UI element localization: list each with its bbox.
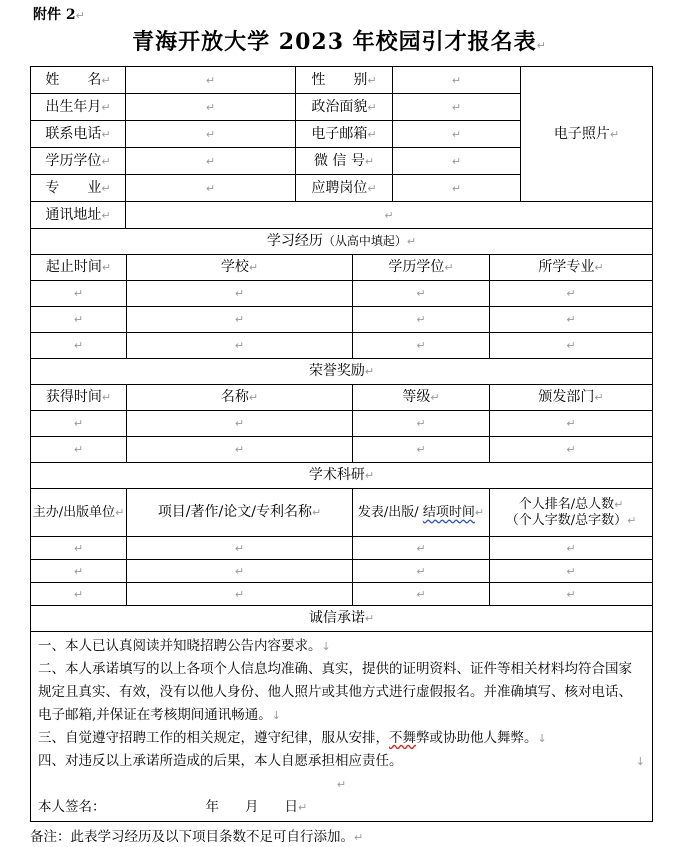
education-row: ↵ ↵ ↵ ↵ (31, 307, 653, 333)
wechat-value-cell[interactable]: ↵ (393, 148, 521, 175)
honors-header-level: 等级↵ (353, 385, 490, 411)
honors-header-issuer: 颁发部门↵ (490, 385, 653, 411)
return-mark-icon: ↵ (354, 831, 363, 844)
degree-value-cell[interactable]: ↵ (126, 148, 296, 175)
degree-label: 学历学位↵ (31, 148, 126, 175)
education-degree-cell[interactable]: ↵ (353, 281, 490, 307)
linebreak-mark-icon: ↓ (636, 750, 645, 773)
education-period-cell[interactable]: ↵ (31, 307, 127, 333)
research-header-publisher: 主办/出版单位↵ (31, 489, 127, 537)
research-publisher-cell[interactable]: ↵ (31, 560, 127, 583)
return-mark-icon: ↵ (101, 128, 110, 141)
research-name-cell[interactable]: ↵ (127, 537, 353, 560)
commitment-table: 诚信承诺↵ 一、本人已认真阅读并知晓招聘公告内容要求。↓ 二、本人承诺填写的以上… (30, 605, 653, 822)
return-mark-icon: ↵ (367, 128, 376, 141)
position-value-cell[interactable]: ↵ (393, 175, 521, 202)
address-value-cell[interactable]: ↵ (126, 202, 653, 229)
return-mark-icon: ↵ (365, 469, 374, 482)
commitment-item-4: 四、对违反以上承诺所造成的后果，本人自愿承担相应责任。↓ (38, 750, 645, 773)
spellcheck-underline: 不舞 (389, 730, 416, 746)
page-title: 青海开放大学 2023 年校园引才报名表↵ (0, 27, 679, 61)
research-table: 学术科研↵ 主办/出版单位↵ 项目/著作/论文/专利名称↵ 发表/出版/ 结项时… (30, 462, 653, 606)
research-name-cell[interactable]: ↵ (127, 583, 353, 606)
return-mark-icon: ↵ (337, 778, 346, 791)
education-degree-cell[interactable]: ↵ (353, 307, 490, 333)
education-header-degree: 学历学位↵ (353, 255, 490, 281)
honors-section-title: 荣誉奖励↵ (31, 359, 653, 385)
research-publisher-cell[interactable]: ↵ (31, 583, 127, 606)
linebreak-mark-icon: ↓ (322, 640, 331, 653)
education-header-period: 起止时间↵ (31, 255, 127, 281)
honors-date-cell[interactable]: ↵ (31, 411, 127, 437)
return-mark-icon: ↵ (101, 182, 110, 195)
education-section-title: 学习经历（从高中填起）↵ (31, 229, 653, 255)
research-date-cell[interactable]: ↵ (353, 583, 490, 606)
signature-line[interactable]: 本人签名：年月日↵ (38, 796, 645, 819)
honors-row: ↵ ↵ ↵ ↵ (31, 437, 653, 463)
basic-info-table: 姓 名↵ ↵ 性 别↵ ↵ 电子照片↵ 出生年月↵ ↵ 政治面貌↵ ↵ 联系电话… (30, 66, 653, 229)
return-mark-icon: ↵ (407, 235, 416, 248)
return-mark-icon: ↵ (365, 365, 374, 378)
education-table: 学习经历（从高中填起）↵ 起止时间↵ 学校↵ 学历学位↵ 所学专业↵ ↵ ↵ ↵… (30, 228, 653, 359)
linebreak-mark-icon: ↓ (538, 732, 547, 745)
honors-issuer-cell[interactable]: ↵ (490, 437, 653, 463)
commitment-section-title: 诚信承诺↵ (31, 606, 653, 632)
commitment-item-2: 二、本人承诺填写的以上各项个人信息均准确、真实，提供的证明资料、证件等相关材料均… (38, 658, 645, 727)
honors-row: ↵ ↵ ↵ ↵ (31, 411, 653, 437)
signature-day-label: 日 (285, 799, 299, 815)
return-mark-icon: ↵ (365, 612, 374, 625)
honors-level-cell[interactable]: ↵ (353, 411, 490, 437)
return-mark-icon: ↵ (298, 801, 307, 814)
name-label: 姓 名↵ (31, 67, 126, 94)
gender-label: 性 别↵ (296, 67, 393, 94)
education-header-major: 所学专业↵ (490, 255, 653, 281)
signature-label: 本人签名： (38, 799, 106, 815)
email-value-cell[interactable]: ↵ (393, 121, 521, 148)
education-school-cell[interactable]: ↵ (127, 307, 353, 333)
research-header-name: 项目/著作/论文/专利名称↵ (127, 489, 353, 537)
education-school-cell[interactable]: ↵ (127, 333, 353, 359)
major-value-cell[interactable]: ↵ (126, 175, 296, 202)
spellcheck-underline: 结项时间 (423, 505, 475, 520)
return-mark-icon: ↵ (610, 128, 619, 141)
return-mark-icon: ↵ (76, 9, 85, 22)
return-mark-icon: ↵ (101, 209, 110, 222)
signature-month-label: 月 (245, 799, 259, 815)
research-publisher-cell[interactable]: ↵ (31, 537, 127, 560)
return-mark-icon: ↵ (367, 101, 376, 114)
phone-label: 联系电话↵ (31, 121, 126, 148)
education-period-cell[interactable]: ↵ (31, 333, 127, 359)
gender-value-cell[interactable]: ↵ (393, 67, 521, 94)
wechat-label: 微 信 号↵ (296, 148, 393, 175)
commitment-item-3: 三、自觉遵守招聘工作的相关规定，遵守纪律，服从安排，不舞弊或协助他人舞弊。↓ (38, 727, 645, 750)
email-label: 电子邮箱↵ (296, 121, 393, 148)
signature-year-label: 年 (206, 799, 220, 815)
research-row: ↵ ↵ ↵ ↵ (31, 537, 653, 560)
return-mark-icon: ↵ (367, 74, 376, 87)
education-major-cell[interactable]: ↵ (490, 307, 653, 333)
commitment-text-cell: 一、本人已认真阅读并知晓招聘公告内容要求。↓ 二、本人承诺填写的以上各项个人信息… (31, 632, 653, 822)
major-label: 专 业↵ (31, 175, 126, 202)
research-header-date: 发表/出版/ 结项时间↵ (353, 489, 490, 537)
education-major-cell[interactable]: ↵ (490, 333, 653, 359)
honors-name-cell[interactable]: ↵ (127, 437, 353, 463)
phone-value-cell[interactable]: ↵ (126, 121, 296, 148)
honors-date-cell[interactable]: ↵ (31, 437, 127, 463)
education-row: ↵ ↵ ↵ ↵ (31, 281, 653, 307)
name-value-cell[interactable]: ↵ (126, 67, 296, 94)
position-label: 应聘岗位↵ (296, 175, 393, 202)
research-date-cell[interactable]: ↵ (353, 537, 490, 560)
blank-line: ↵ (38, 773, 645, 796)
honors-issuer-cell[interactable]: ↵ (490, 411, 653, 437)
honors-header-name: 名称↵ (127, 385, 353, 411)
research-rank-cell[interactable]: ↵ (490, 583, 653, 606)
linebreak-mark-icon: ↓ (272, 709, 281, 722)
research-rank-cell[interactable]: ↵ (490, 537, 653, 560)
education-period-cell[interactable]: ↵ (31, 281, 127, 307)
honors-name-cell[interactable]: ↵ (127, 411, 353, 437)
address-label: 通讯地址↵ (31, 202, 126, 229)
research-row: ↵ ↵ ↵ ↵ (31, 583, 653, 606)
return-mark-icon: ↵ (365, 155, 374, 168)
honors-table: 荣誉奖励↵ 获得时间↵ 名称↵ 等级↵ 颁发部门↵ ↵ ↵ ↵ ↵ ↵ ↵ ↵ … (30, 358, 653, 463)
birthdate-value-cell[interactable]: ↵ (126, 94, 296, 121)
honors-level-cell[interactable]: ↵ (353, 437, 490, 463)
research-date-cell[interactable]: ↵ (353, 560, 490, 583)
research-header-rank: 个人排名/总人数↵ （个人字数/总字数）↵ (490, 489, 653, 537)
return-mark-icon: ↵ (537, 39, 547, 52)
education-school-cell[interactable]: ↵ (127, 281, 353, 307)
footnote: 备注：此表学习经历及以下项目条数不足可自行添加。↵ (30, 828, 679, 847)
political-status-label: 政治面貌↵ (296, 94, 393, 121)
research-rank-cell[interactable]: ↵ (490, 560, 653, 583)
attachment-label: 附件 2↵ (33, 5, 679, 26)
education-header-school: 学校↵ (127, 255, 353, 281)
return-mark-icon: ↵ (367, 182, 376, 195)
research-name-cell[interactable]: ↵ (127, 560, 353, 583)
education-row: ↵ ↵ ↵ ↵ (31, 333, 653, 359)
birthdate-label: 出生年月↵ (31, 94, 126, 121)
commitment-item-1: 一、本人已认真阅读并知晓招聘公告内容要求。↓ (38, 635, 645, 658)
photo-cell[interactable]: 电子照片↵ (521, 67, 653, 202)
political-status-value-cell[interactable]: ↵ (393, 94, 521, 121)
education-degree-cell[interactable]: ↵ (353, 333, 490, 359)
return-mark-icon: ↵ (101, 74, 110, 87)
research-row: ↵ ↵ ↵ ↵ (31, 560, 653, 583)
return-mark-icon: ↵ (101, 101, 110, 114)
honors-header-date: 获得时间↵ (31, 385, 127, 411)
education-major-cell[interactable]: ↵ (490, 281, 653, 307)
research-section-title: 学术科研↵ (31, 463, 653, 489)
return-mark-icon: ↵ (101, 155, 110, 168)
